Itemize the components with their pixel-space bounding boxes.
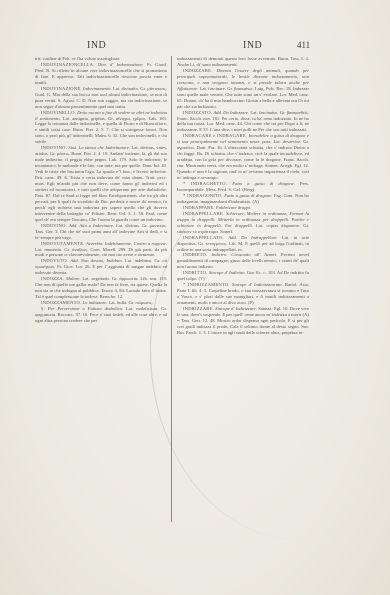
entry-definition: Dim. d' Indovinazione. [98,62,144,67]
entry-text: Lat. immerito. Gr. ἀναξίως. Cron. Morell… [35,247,167,258]
entry-definition: Add. Da Indrappellare. [228,235,277,240]
running-header: IND IND 411 [35,40,310,52]
entry-headword: INDRAPPARE. [183,205,215,210]
entry-headword: INDOVUTO. [41,258,68,263]
entry-definition: Add. Non dovuto, Indebito. [70,258,123,263]
entry-headword: INDOVUTAMENTE. [41,241,85,246]
dictionary-entry: INDOVINO. Add. Atto a Indovinare. Lat. d… [35,223,167,241]
dictionary-entry: INDOVINAZIONCELLA. Dim. d' Indovinazione… [35,62,167,86]
right-running-head: IND [243,40,262,51]
dictionary-entry: * INDRIZZAMENTO. Sincope d' Indirizzamen… [177,282,309,306]
entry-definition: Add. Da Indozzare. [213,110,249,115]
entry-text: trit: confine di Feb. ce l'ha volute ass… [35,56,120,61]
entry-headword: INDOZZAMENTO. [41,300,81,305]
entry-definition: Sust. Lo stesso che Indovinatore. [68,145,130,150]
entry-definition: Add. Atto a Indovinare. [69,223,114,228]
entry-definition: Lo indozzare. [83,300,108,305]
page-number: 411 [297,40,310,50]
entry-definition: Malore. [66,276,81,281]
dictionary-entry: indozzamenti di demonii questa loro foss… [177,56,309,68]
book-page: IND IND 411 trit: confine di Feb. ce l'h… [0,0,390,595]
dictionary-entry: * INDRAGONITO. Fatto a guisa di dragone.… [177,193,309,205]
dictionary-entry: INDOVINELLO. Detto oscuro a fine di vede… [35,110,167,146]
entry-definition: Sincope d' Indirizzare. [215,306,257,311]
right-column: indozzamenti di demonii questa loro foss… [177,56,309,336]
column-divider [171,56,172,522]
entry-headword: INDOZZARE. [183,68,212,73]
dictionary-entry: INDOZZA. Malore. Lat. aegritudo. Gr. ἀρρ… [35,276,167,300]
entry-headword: * INDRAGONITO. [183,193,223,198]
dictionary-entry: INDOVUTAMENTE. Avverbio. Indebitamente, … [35,241,167,259]
dictionary-entry: INDRIZZARE. Sincope d' Indirizzare. Sann… [177,306,309,336]
entry-text: Lat. bulla. Gr. πώρωσις. [109,300,153,305]
dictionary-entry: INDOZZATO. Add. Da Indozzare. Lat. fasci… [177,110,309,134]
dictionary-entry: §. Per Perversione o Fattura diabolica. … [35,306,167,324]
dictionary-entry: INDRITTO. Sincope d' Indiritto. Gur. Ec.… [177,270,309,282]
entry-headword: INDRITTO. [183,270,208,275]
entry-headword: §. [41,306,45,311]
entry-headword: INDOVINO. [41,145,67,150]
entry-definition: Fatto a guisa di dragone. [232,181,295,186]
entry-text: Lat. desaevire. Gr. ἀγριαίνω. Dant. Par.… [177,139,309,180]
entry-definition: Fatto a guisa di dragone. [224,193,272,198]
dictionary-entry: INDOVINO. Sust. Lo stesso che Indovinato… [35,145,167,222]
entry-headword: INDRIZZARE. [183,306,214,311]
left-running-head: IND [87,40,106,51]
entry-headword: * INDRIZZAMENTO. [183,282,230,287]
entry-definition: Sincope d' Indirizzamento. [232,282,283,287]
entry-headword: * INDRAGHETTO. [183,181,227,186]
left-column: trit: confine di Feb. ce l'ha volute ass… [35,56,167,324]
entry-definition: Indovinamento. [83,86,112,91]
entry-headword: INDRIETO. [183,252,208,257]
dictionary-entry: INDRACARE e INDRAGARE. Incrudelire a gui… [177,133,309,181]
entry-headword: INDOVINAZIONCELLA. [41,62,94,67]
dictionary-entry: INDOZZARE. Diventa l'essere degli animal… [177,68,309,110]
entry-headword: INDRACARE e INDRAGARE. [183,133,247,138]
dictionary-entry: INDRAPPELLARE. Schierare, Mettere in ord… [177,211,309,235]
entry-headword: INDOZZA. [41,276,64,281]
entry-definition: Per Perversione o Fattura diabolica. [48,306,123,311]
entry-text: indozzamenti di demonii questa loro foss… [177,56,309,67]
entry-headword: INDOVINAZIONE. [41,86,82,91]
dictionary-entry: INDOVUTO. Add. Non dovuto, Indebito. Lat… [35,258,167,276]
dictionary-entry: INDRIETO. Indietro. Cirosciato all' Avan… [177,252,309,270]
entry-headword: INDRAPPELLARE. [183,211,224,216]
dictionary-entry: * INDRAGHETTO. Fatto a guisa di dragone.… [177,181,309,193]
entry-headword: INDOVINO. [41,223,67,228]
dictionary-entry: INDOVINAZIONE. Indovinamento. Lat. divin… [35,86,167,110]
dictionary-entry: INDRAPPELLATO. Add. Da Indrappellare. La… [177,235,309,253]
entry-headword: INDOVINELLO. [41,110,76,115]
entry-definition: Indietro. Cirosciato all' Avanti. [212,252,278,257]
entry-definition: Avverbio. Indebitamente, Contro a ragion… [86,241,167,246]
entry-headword: INDOZZATO. [183,110,212,115]
entry-definition: Fabbricare drappi. [216,205,251,210]
entry-definition: Sincope d' Indiritto. [209,270,246,275]
entry-headword: INDRAPPELLATO. [183,235,224,240]
entry-text: Lat. divinus, vates, ariolus. Gr. μάντις… [35,145,167,221]
